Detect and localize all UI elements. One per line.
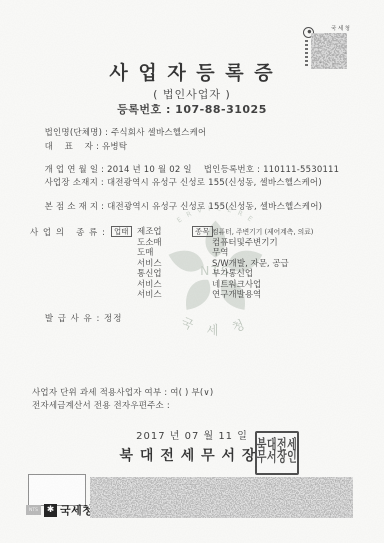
jongmok-item: 컴퓨터및주변기기 bbox=[212, 238, 313, 249]
uptae-column: 제조업 도소매 도매 서비스 통신업 서비스 서비스 bbox=[137, 227, 162, 301]
issue-reason-label: 발 급 사 유 : bbox=[45, 314, 104, 324]
hq-address-row: 본 점 소 재 지 : 대전광역시 유성구 신성로 155(신성동, 셀바스헬스… bbox=[33, 191, 322, 224]
uptae-item: 서비스 bbox=[137, 280, 162, 291]
registration-number: 등록번호 : 107-88-31025 bbox=[0, 101, 384, 117]
issue-reason-value: 정정 bbox=[104, 314, 122, 324]
business-address-value: 대전광역시 유성구 신성로 155(신성동, 셀바스헬스케어) bbox=[107, 178, 322, 188]
seal-text-line2: 무서장인 bbox=[257, 451, 298, 469]
business-registration-certificate: NTS E R V I C E R E 국 세 청 국세청 사 업 자 등 록 … bbox=[0, 0, 384, 543]
svg-text:국 세 청: 국 세 청 bbox=[179, 314, 252, 338]
jongmok-item: 네트워크사업 bbox=[212, 280, 313, 291]
issue-date: 2017 년 07 월 11 일 bbox=[0, 427, 384, 442]
nts-flower-icon: ✱ bbox=[44, 504, 57, 517]
jongmok-header-box: 종목 bbox=[192, 226, 213, 237]
issuer-title: 북 대 전 세 무 서 장 bbox=[0, 445, 376, 465]
hq-address-label: 본 점 소 재 지 : bbox=[45, 202, 108, 212]
jongmok-item: 부가통신업 bbox=[212, 269, 313, 280]
nts-logo: NTS ✱ 국세청 bbox=[26, 502, 93, 518]
jongmok-item: S/W개발, 자문, 공급 bbox=[212, 259, 313, 270]
jongmok-item: 연구개발용역 bbox=[212, 290, 313, 301]
certificate-subtitle: ( 법인사업자 ) bbox=[0, 86, 384, 102]
representative-label: 대 표 자 : bbox=[45, 142, 102, 152]
issue-reason-row: 발 급 사 유 : 정정 bbox=[30, 303, 122, 336]
uptae-item: 제조업 bbox=[137, 227, 162, 238]
nts-logo-text: 국세청 bbox=[60, 502, 93, 518]
hq-address-value: 대전광역시 유성구 신성로 155(신성동, 셀바스헬스케어) bbox=[107, 202, 322, 212]
qr-nts-label: 국세청 bbox=[331, 24, 351, 32]
etax-email-row: 전자세금계산서 전용 전자우편주소 : bbox=[32, 401, 170, 412]
jongmok-item: 무역 bbox=[212, 248, 313, 259]
business-address-label: 사업장 소재지 : bbox=[45, 178, 107, 188]
representative-value: 유병탁 bbox=[102, 142, 127, 152]
certificate-title: 사 업 자 등 록 증 bbox=[0, 58, 384, 85]
uptae-header-box: 업태 bbox=[111, 226, 132, 237]
office-seal-stamp: 북대전세 무서장인 bbox=[255, 431, 299, 475]
uptae-item: 서비스 bbox=[137, 259, 162, 270]
uptae-item: 통신업 bbox=[137, 269, 162, 280]
jongmok-item: 컴퓨터, 주변기기 (제어계측, 의료) bbox=[212, 227, 313, 238]
jongmok-column: 컴퓨터, 주변기기 (제어계측, 의료) 컴퓨터및주변기기 무역 S/W개발, … bbox=[212, 227, 313, 301]
uptae-item: 도소매 bbox=[137, 238, 162, 249]
uptae-item: 도매 bbox=[137, 248, 162, 259]
nts-mini-box: NTS bbox=[26, 505, 41, 515]
watermark-arc-bottom-text: 국 세 청 bbox=[179, 314, 252, 338]
unit-taxation-row: 사업자 단위 과세 적용사업자 여부 : 여( ) 부(∨) bbox=[32, 388, 213, 399]
2d-barcode bbox=[90, 477, 353, 518]
uptae-item: 서비스 bbox=[137, 290, 162, 301]
business-type-label: 사 업 의 종 류 : bbox=[30, 226, 106, 238]
